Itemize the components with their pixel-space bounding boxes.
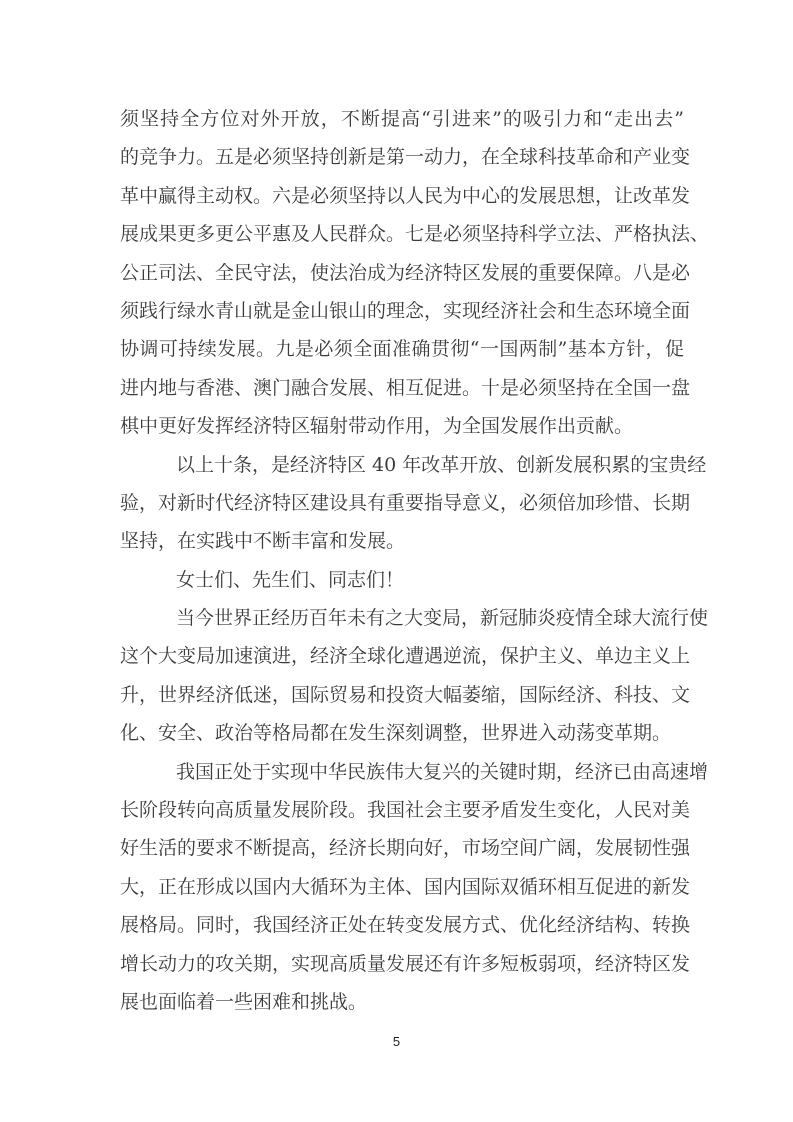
text-line: 须坚持全方位对外开放，不断提高“引进来”的吸引力和“走出去” <box>120 100 684 138</box>
page-number: 5 <box>0 1034 793 1049</box>
text-line: 进内地与香港、澳门融合发展、相互促进。十是必须坚持在全国一盘 <box>120 369 684 407</box>
text-line: 坚持，在实践中不断丰富和发展。 <box>120 522 684 560</box>
text-line: 增长动力的攻关期，实现高质量发展还有许多短板弱项，经济特区发 <box>120 945 684 983</box>
text-line: 公正司法、全民守法，使法治成为经济特区发展的重要保障。八是必 <box>120 254 684 292</box>
text-line: 女士们、先生们、同志们！ <box>120 561 684 599</box>
text-line: 验，对新时代经济特区建设具有重要指导意义，必须倍加珍惜、长期 <box>120 484 684 522</box>
text-line: 化、安全、政治等格局都在发生深刻调整，世界进入动荡变革期。 <box>120 714 684 752</box>
text-line: 我国正处于实现中华民族伟大复兴的关键时期，经济已由高速增 <box>120 753 684 791</box>
text-line: 长阶段转向高质量发展阶段。我国社会主要矛盾发生变化，人民对美 <box>120 791 684 829</box>
text-line: 这个大变局加速演进，经济全球化遭遇逆流，保护主义、单边主义上 <box>120 637 684 675</box>
text-line: 展格局。同时，我国经济正处在转变发展方式、优化经济结构、转换 <box>120 906 684 944</box>
text-line: 协调可持续发展。九是必须全面准确贯彻“一国两制”基本方针，促 <box>120 330 684 368</box>
text-line: 展成果更多更公平惠及人民群众。七是必须坚持科学立法、严格执法、 <box>120 215 684 253</box>
text-line: 须践行绿水青山就是金山银山的理念，实现经济社会和生态环境全面 <box>120 292 684 330</box>
text-line: 展也面临着一些困难和挑战。 <box>120 983 684 1021</box>
text-line: 革中赢得主动权。六是必须坚持以人民为中心的发展思想，让改革发 <box>120 177 684 215</box>
text-line: 好生活的要求不断提高，经济长期向好，市场空间广阔，发展韧性强 <box>120 829 684 867</box>
text-line: 以上十条，是经济特区 40 年改革开放、创新发展积累的宝贵经 <box>120 446 684 484</box>
text-line: 大，正在形成以国内大循环为主体、国内国际双循环相互促进的新发 <box>120 868 684 906</box>
text-line: 的竞争力。五是必须坚持创新是第一动力，在全球科技革命和产业变 <box>120 138 684 176</box>
text-line: 升，世界经济低迷，国际贸易和投资大幅萎缩，国际经济、科技、文 <box>120 676 684 714</box>
document-page: 须坚持全方位对外开放，不断提高“引进来”的吸引力和“走出去”的竞争力。五是必须坚… <box>0 0 793 1122</box>
text-line: 棋中更好发挥经济特区辐射带动作用，为全国发展作出贡献。 <box>120 407 684 445</box>
text-line: 当今世界正经历百年未有之大变局，新冠肺炎疫情全球大流行使 <box>120 599 684 637</box>
body-text: 须坚持全方位对外开放，不断提高“引进来”的吸引力和“走出去”的竞争力。五是必须坚… <box>120 100 684 1021</box>
